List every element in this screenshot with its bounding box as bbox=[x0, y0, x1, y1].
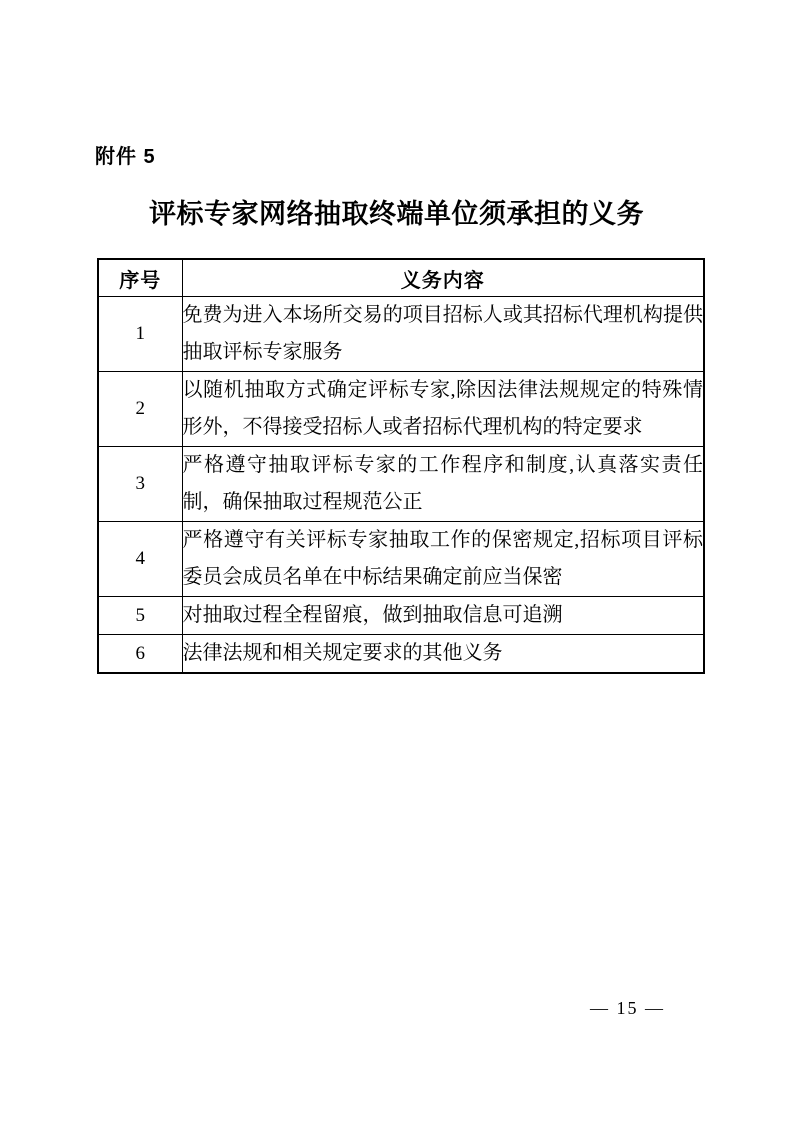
column-header-index: 序号 bbox=[98, 259, 182, 297]
row-index-cell: 2 bbox=[98, 372, 182, 447]
row-content-cell: 严格遵守有关评标专家抽取工作的保密规定,招标项目评标委员会成员名单在中标结果确定… bbox=[182, 522, 704, 597]
table-header-row: 序号 义务内容 bbox=[98, 259, 704, 297]
attachment-label: 附件 5 bbox=[95, 140, 156, 169]
row-index-cell: 4 bbox=[98, 522, 182, 597]
row-content-cell: 法律法规和相关规定要求的其他义务 bbox=[182, 635, 704, 674]
obligations-table: 序号 义务内容 1 免费为进入本场所交易的项目招标人或其招标代理机构提供抽取评标… bbox=[97, 258, 705, 674]
page-number: — 15 — bbox=[590, 998, 665, 1019]
document-title: 评标专家网络抽取终端单位须承担的义务 bbox=[0, 192, 793, 231]
row-index-cell: 1 bbox=[98, 297, 182, 372]
table-row: 4 严格遵守有关评标专家抽取工作的保密规定,招标项目评标委员会成员名单在中标结果… bbox=[98, 522, 704, 597]
row-index-cell: 5 bbox=[98, 597, 182, 635]
row-index-cell: 6 bbox=[98, 635, 182, 674]
row-content-cell: 对抽取过程全程留痕，做到抽取信息可追溯 bbox=[182, 597, 704, 635]
table-row: 2 以随机抽取方式确定评标专家,除因法律法规规定的特殊情形外，不得接受招标人或者… bbox=[98, 372, 704, 447]
row-content-cell: 免费为进入本场所交易的项目招标人或其招标代理机构提供抽取评标专家服务 bbox=[182, 297, 704, 372]
row-content-cell: 严格遵守抽取评标专家的工作程序和制度,认真落实责任制，确保抽取过程规范公正 bbox=[182, 447, 704, 522]
row-index-cell: 3 bbox=[98, 447, 182, 522]
row-content-cell: 以随机抽取方式确定评标专家,除因法律法规规定的特殊情形外，不得接受招标人或者招标… bbox=[182, 372, 704, 447]
table-row: 1 免费为进入本场所交易的项目招标人或其招标代理机构提供抽取评标专家服务 bbox=[98, 297, 704, 372]
table-row: 5 对抽取过程全程留痕，做到抽取信息可追溯 bbox=[98, 597, 704, 635]
table-row: 3 严格遵守抽取评标专家的工作程序和制度,认真落实责任制，确保抽取过程规范公正 bbox=[98, 447, 704, 522]
column-header-content: 义务内容 bbox=[182, 259, 704, 297]
table-row: 6 法律法规和相关规定要求的其他义务 bbox=[98, 635, 704, 674]
document-page: 附件 5 评标专家网络抽取终端单位须承担的义务 序号 义务内容 1 免费为进入本… bbox=[0, 0, 793, 1122]
